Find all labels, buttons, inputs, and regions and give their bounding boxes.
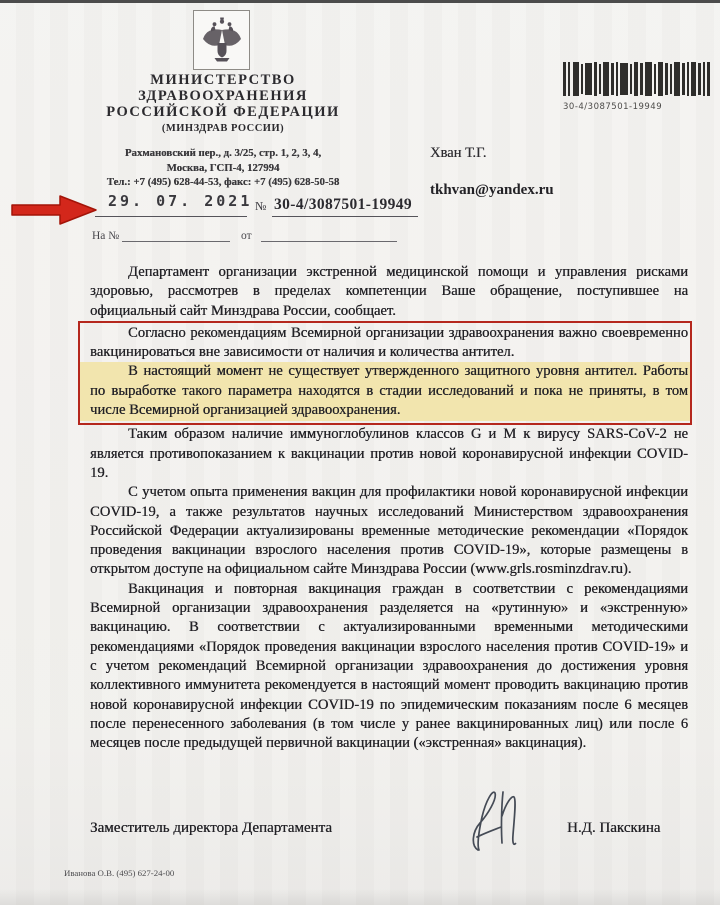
paragraph-revaccination: Вакцинация и повторная вакцинация гражда… (90, 580, 688, 754)
barcode-number: 30-4/3087501-19949 (563, 102, 713, 112)
na-number-label: На № (92, 230, 119, 242)
signature-icon (468, 786, 526, 858)
ministry-address: Рахмановский пер., д. 3/25, стр. 1, 2, 3… (40, 146, 406, 190)
ministry-name-line2: ЗДРАВООХРАНЕНИЯ (40, 88, 406, 104)
date-underline (95, 216, 247, 217)
ministry-name-line1: МИНИСТЕРСТВО (40, 72, 406, 88)
scanned-letter-page: МИНИСТЕРСТВО ЗДРАВООХРАНЕНИЯ РОССИЙСКОЙ … (0, 0, 720, 905)
paragraph-intro: Департамент организации экстренной медиц… (90, 263, 688, 321)
executor-contact: Иванова О.В. (495) 627-24-00 (64, 868, 174, 878)
yellow-highlight: В настоящий момент не существует утвержд… (80, 362, 690, 421)
scan-edge-strip (0, 0, 720, 3)
document-barcode: 30-4/3087501-19949 (563, 62, 713, 112)
handwritten-signature (468, 786, 526, 863)
red-arrow-annotation (8, 193, 100, 232)
ot-date-blank (261, 230, 397, 242)
ot-label: от (241, 230, 252, 242)
na-number-blank (122, 230, 230, 242)
address-line1: Рахмановский пер., д. 3/25, стр. 1, 2, 3… (40, 146, 406, 161)
phone-fax-line: Тел.: +7 (495) 628-44-53, факс: +7 (495)… (40, 175, 406, 190)
red-annotation-box: Согласно рекомендациям Всемирной организ… (78, 321, 692, 425)
date-stamp: 29. 07. 2021 (108, 192, 252, 210)
arrow-right-icon (8, 193, 100, 227)
barcode-icon (563, 62, 711, 96)
paragraph-guidelines: С учетом опыта применения вакцин для про… (90, 483, 688, 579)
incoming-reference-row: На № от (92, 230, 397, 242)
paragraph-antibody-level: В настоящий момент не существует утвержд… (90, 362, 688, 420)
signatory-title: Заместитель директора Департамента (90, 820, 332, 837)
recipient-name: Хван Т.Г. (430, 145, 486, 162)
scan-bottom-shade (0, 889, 720, 905)
signatory-name: Н.Д. Пакскина (567, 820, 660, 837)
number-sign-label: № (255, 199, 266, 214)
recipient-email: tkhvan@yandex.ru (430, 182, 554, 199)
ministry-name-line3: РОССИЙСКОЙ ФЕДЕРАЦИИ (40, 104, 406, 120)
letter-body: Департамент организации экстренной медиц… (90, 263, 688, 753)
letterhead: МИНИСТЕРСТВО ЗДРАВООХРАНЕНИЯ РОССИЙСКОЙ … (40, 72, 406, 190)
double-eagle-icon (201, 17, 243, 63)
outgoing-number: 30-4/3087501-19949 (272, 196, 418, 217)
paragraph-immunoglobulins: Таким образом наличие иммуноглобулинов к… (90, 425, 688, 483)
coat-of-arms-box (193, 10, 250, 70)
address-line2: Москва, ГСП-4, 127994 (40, 161, 406, 176)
ministry-short-name: (МИНЗДРАВ РОССИИ) (40, 123, 406, 134)
paragraph-who-recommendation: Согласно рекомендациям Всемирной организ… (90, 324, 688, 363)
